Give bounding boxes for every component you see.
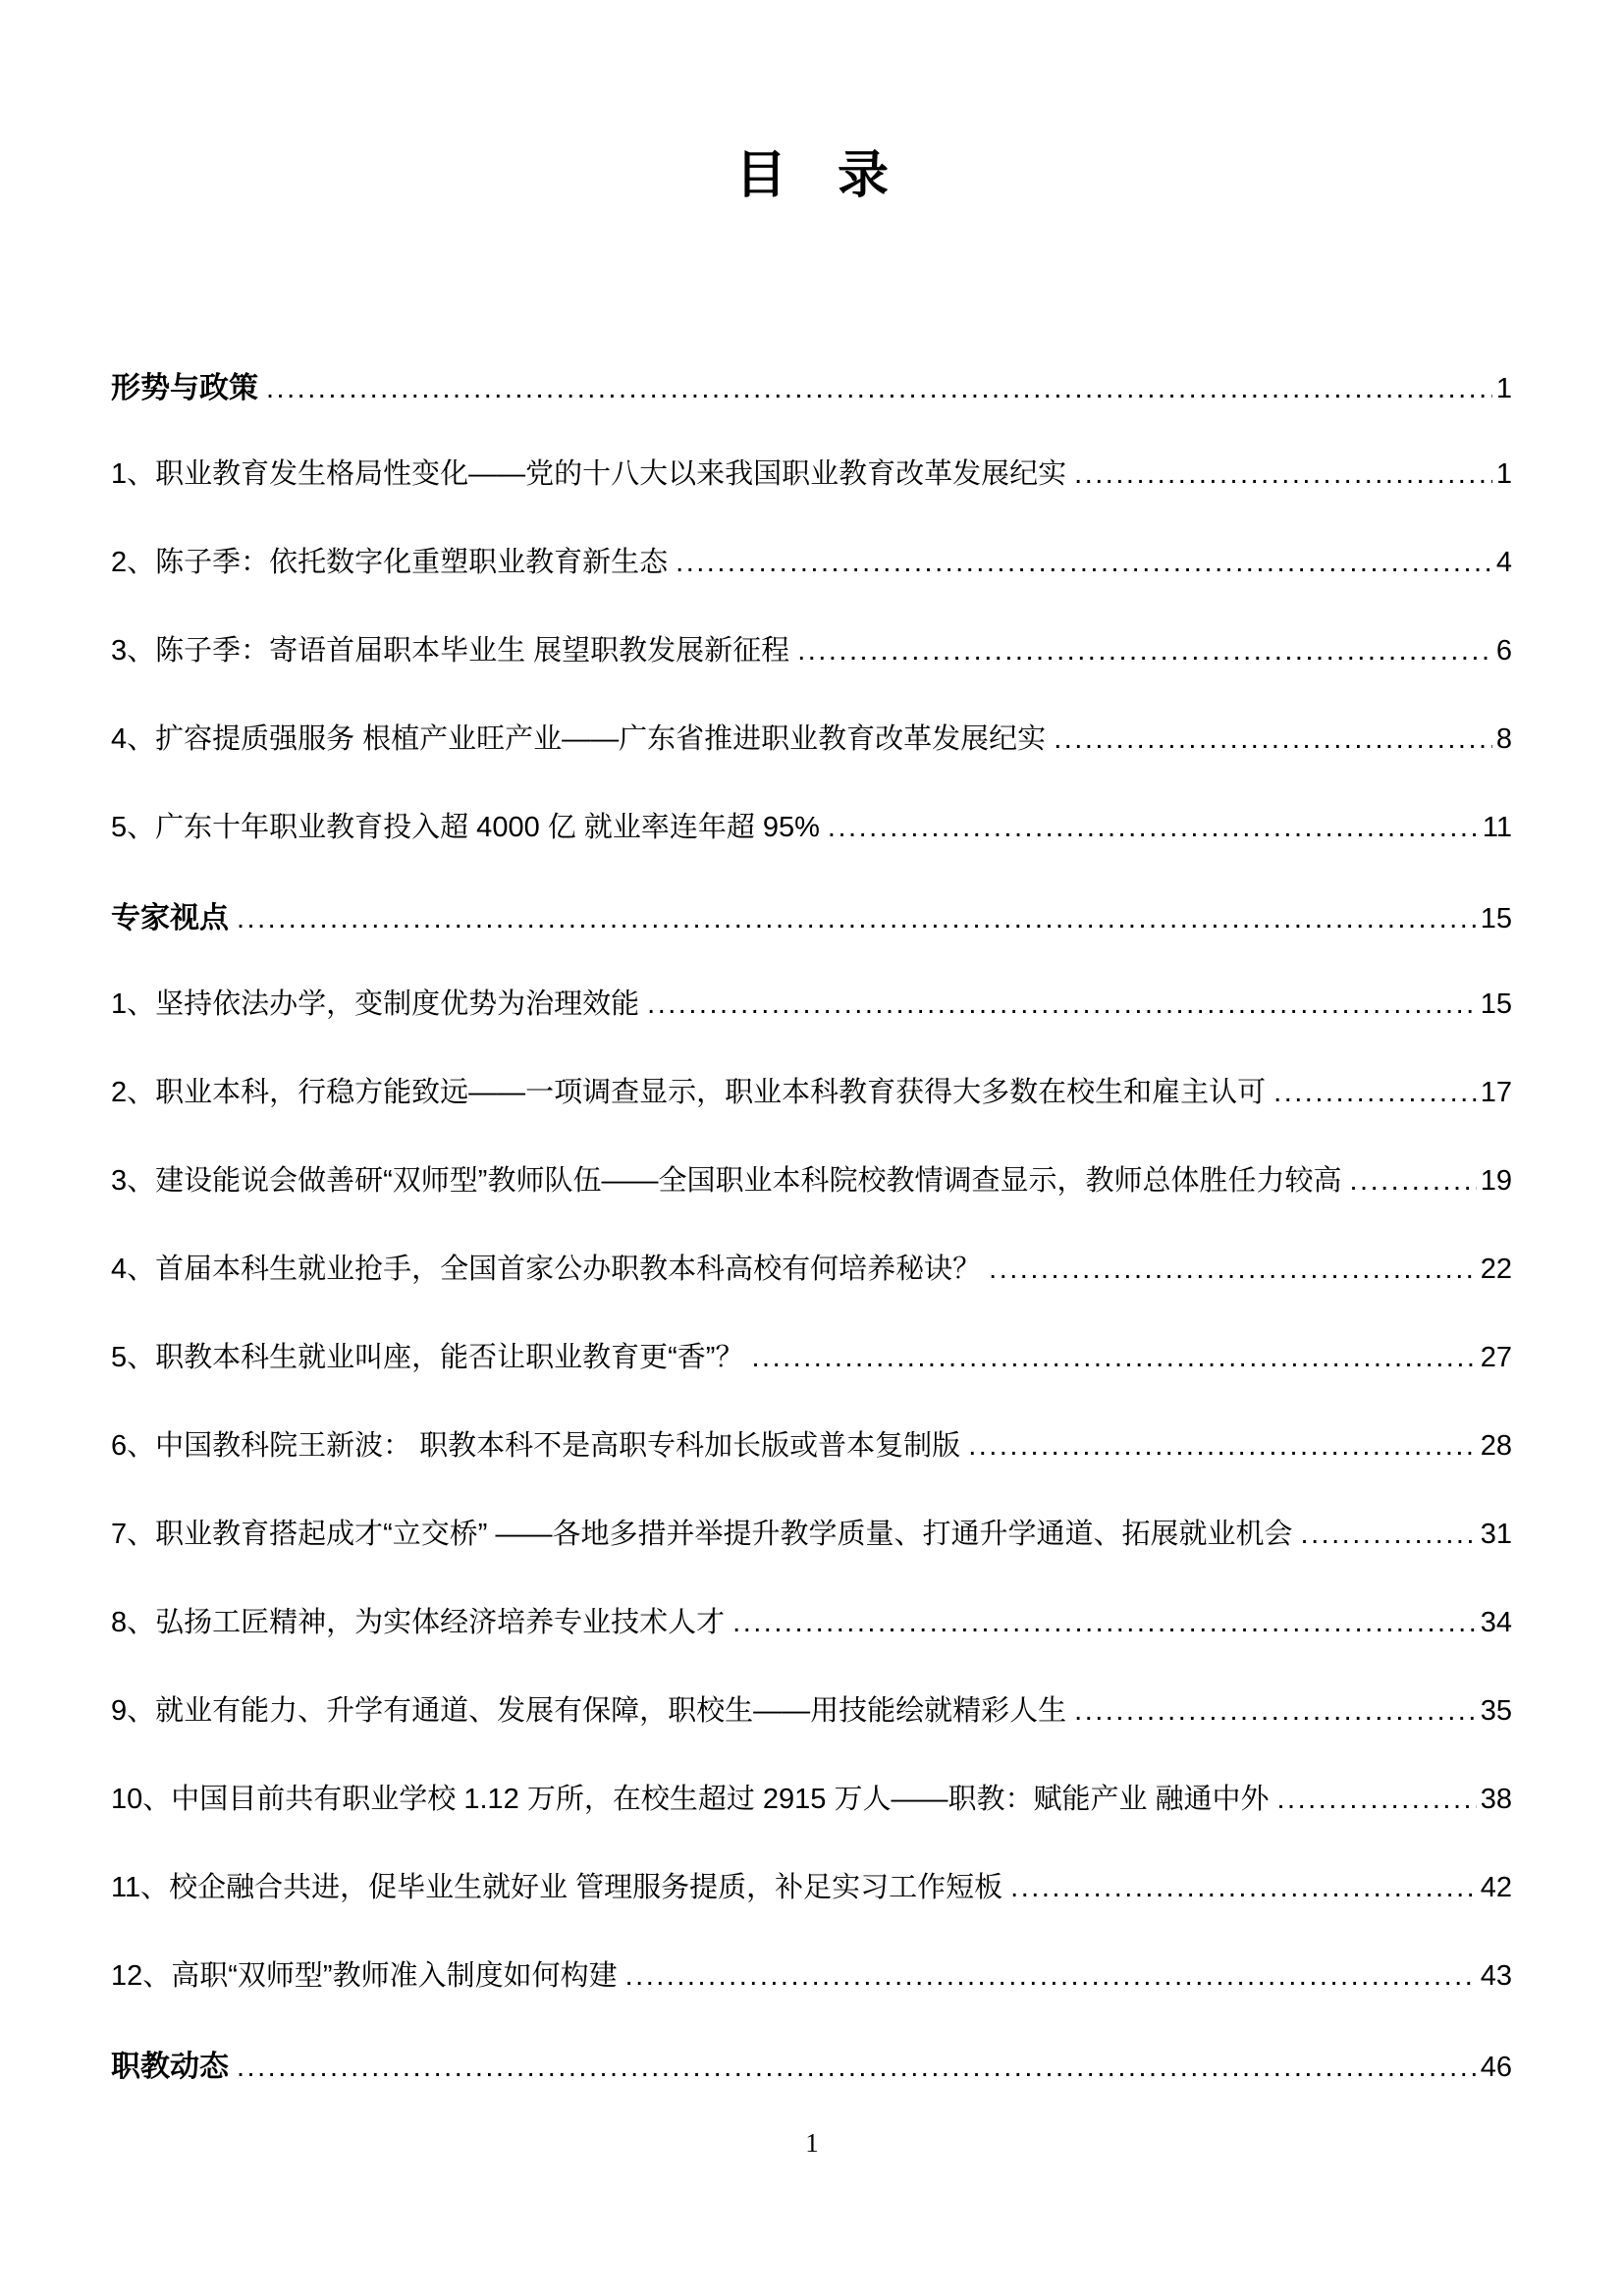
footer-page-number: 1 [0,2128,1624,2159]
toc-entry[interactable]: 11、校企融合共进，促毕业生就好业 管理服务提质，补足实习工作短板42 [111,1838,1512,1926]
dot-leader [1349,1165,1476,1198]
dot-leader [828,812,1479,844]
toc-entry-label: 3、建设能说会做善研“双师型”教师队伍——全国职业本科院校教情调查显示，教师总体… [111,1158,1341,1199]
dot-leader [751,1342,1476,1374]
toc-entry[interactable]: 5、职教本科生就业叫座，能否让职业教育更“香”？27 [111,1308,1512,1396]
toc-entry-label: 10、中国目前共有职业学校 1.12 万所，在校生超过 2915 万人——职教：… [111,1777,1270,1817]
toc-entry-label: 9、就业有能力、升学有通道、发展有保障，职校生——用技能绘就精彩人生 [111,1688,1066,1729]
toc-title: 目 录 [0,0,1624,206]
toc-entry[interactable]: 1、职业教育发生格局性变化——党的十八大以来我国职业教育改革发展纪实1 [111,424,1512,512]
toc-page-number: 6 [1496,635,1512,667]
toc-entry-label: 4、首届本科生就业抢手，全国首家公办职教本科高校有何培养秘诀？ [111,1247,981,1287]
toc-entry[interactable]: 4、扩容提质强服务 根植产业旺产业——广东省推进职业教育改革发展纪实8 [111,689,1512,777]
toc-entry-label: 8、弘扬工匠精神，为实体经济培养专业技术人才 [111,1600,725,1640]
toc-entry-label: 1、坚持依法办学，变制度优势为治理效能 [111,982,639,1022]
toc-page-number: 35 [1481,1695,1512,1728]
toc-entry-label: 12、高职“双师型”教师准入制度如何构建 [111,1953,618,1994]
toc-entry-label: 职教动态 [111,2042,229,2085]
toc-entry-label: 专家视点 [111,893,229,936]
dot-leader [968,1430,1477,1463]
toc-entry-label: 2、职业本科，行稳方能致远——一项调查显示，职业本科教育获得大多数在校生和雇主认… [111,1070,1266,1110]
toc-entry-label: 形势与政策 [111,363,258,406]
dot-leader [625,1960,1477,1993]
dot-leader [797,635,1492,667]
dot-leader [1277,1784,1477,1816]
toc-entry[interactable]: 9、就业有能力、升学有通道、发展有保障，职校生——用技能绘就精彩人生35 [111,1661,1512,1749]
toc-page-number: 38 [1481,1784,1512,1816]
toc-page-number: 11 [1483,812,1512,844]
toc-page-number: 8 [1496,723,1512,756]
dot-leader [989,1254,1477,1286]
toc-page-number: 22 [1481,1254,1512,1286]
toc-entry-label: 5、职教本科生就业叫座，能否让职业教育更“香”？ [111,1335,743,1375]
dot-leader [647,988,1477,1021]
toc-page-number: 46 [1481,2052,1512,2084]
toc-entry-label: 11、校企融合共进，促毕业生就好业 管理服务提质，补足实习工作短板 [111,1865,1002,1905]
dot-leader [1054,723,1492,756]
document-page: 目 录 形势与政策11、职业教育发生格局性变化——党的十八大以来我国职业教育改革… [0,0,1624,2296]
toc-entry[interactable]: 6、中国教科院王新波： 职教本科不是高职专科加长版或普本复制版28 [111,1396,1512,1484]
toc-page-number: 15 [1481,988,1512,1021]
toc-entry-label: 6、中国教科院王新波： 职教本科不是高职专科加长版或普本复制版 [111,1423,960,1464]
toc-entry[interactable]: 3、陈子季：寄语首届职本毕业生 展望职教发展新征程6 [111,601,1512,689]
dot-leader [1074,458,1492,491]
toc-entry[interactable]: 3、建设能说会做善研“双师型”教师队伍——全国职业本科院校教情调查显示，教师总体… [111,1131,1512,1219]
dot-leader [1074,1695,1477,1728]
toc-section-heading[interactable]: 职教动态46 [111,2014,1512,2103]
toc-page-number: 34 [1481,1607,1512,1639]
toc-page-number: 1 [1496,373,1512,405]
toc-page-number: 17 [1481,1077,1512,1109]
toc-page-number: 15 [1481,903,1512,935]
toc-entry-label: 5、广东十年职业教育投入超 4000 亿 就业率连年超 95% [111,805,820,845]
dot-leader [237,2052,1477,2084]
toc-entry[interactable]: 4、首届本科生就业抢手，全国首家公办职教本科高校有何培养秘诀？22 [111,1219,1512,1308]
toc-entry-label: 1、职业教育发生格局性变化——党的十八大以来我国职业教育改革发展纪实 [111,452,1066,492]
dot-leader [1301,1519,1477,1551]
dot-leader [266,373,1492,405]
toc-entry-label: 7、职业教育搭起成才“立交桥” ——各地多措并举提升教学质量、打通升学通道、拓展… [111,1512,1293,1552]
dot-leader [732,1607,1477,1639]
toc-entry[interactable]: 2、职业本科，行稳方能致远——一项调查显示，职业本科教育获得大多数在校生和雇主认… [111,1042,1512,1131]
dot-leader [676,547,1492,579]
toc-page-number: 31 [1481,1519,1512,1551]
toc-entry[interactable]: 5、广东十年职业教育投入超 4000 亿 就业率连年超 95%11 [111,777,1512,866]
toc-section-heading[interactable]: 形势与政策1 [111,336,1512,424]
dot-leader [237,903,1477,935]
dot-leader [1273,1077,1477,1109]
toc-entry[interactable]: 12、高职“双师型”教师准入制度如何构建43 [111,1926,1512,2014]
toc-page-number: 43 [1481,1960,1512,1993]
toc-page-number: 27 [1481,1342,1512,1374]
toc-entry[interactable]: 2、陈子季：依托数字化重塑职业教育新生态4 [111,512,1512,601]
dot-leader [1010,1872,1477,1904]
toc-entry[interactable]: 7、职业教育搭起成才“立交桥” ——各地多措并举提升教学质量、打通升学通道、拓展… [111,1484,1512,1573]
toc-entry[interactable]: 1、坚持依法办学，变制度优势为治理效能15 [111,954,1512,1042]
toc-section-heading[interactable]: 专家视点15 [111,866,1512,954]
toc-list: 形势与政策11、职业教育发生格局性变化——党的十八大以来我国职业教育改革发展纪实… [111,336,1512,2103]
toc-page-number: 28 [1481,1430,1512,1463]
toc-page-number: 1 [1496,458,1512,491]
toc-entry-label: 4、扩容提质强服务 根植产业旺产业——广东省推进职业教育改革发展纪实 [111,717,1046,757]
toc-page-number: 4 [1496,547,1512,579]
toc-page-number: 42 [1481,1872,1512,1904]
toc-entry-label: 2、陈子季：依托数字化重塑职业教育新生态 [111,540,668,580]
toc-page-number: 19 [1481,1165,1512,1198]
toc-entry[interactable]: 8、弘扬工匠精神，为实体经济培养专业技术人才34 [111,1573,1512,1661]
toc-entry[interactable]: 10、中国目前共有职业学校 1.12 万所，在校生超过 2915 万人——职教：… [111,1749,1512,1838]
toc-entry-label: 3、陈子季：寄语首届职本毕业生 展望职教发展新征程 [111,628,789,668]
